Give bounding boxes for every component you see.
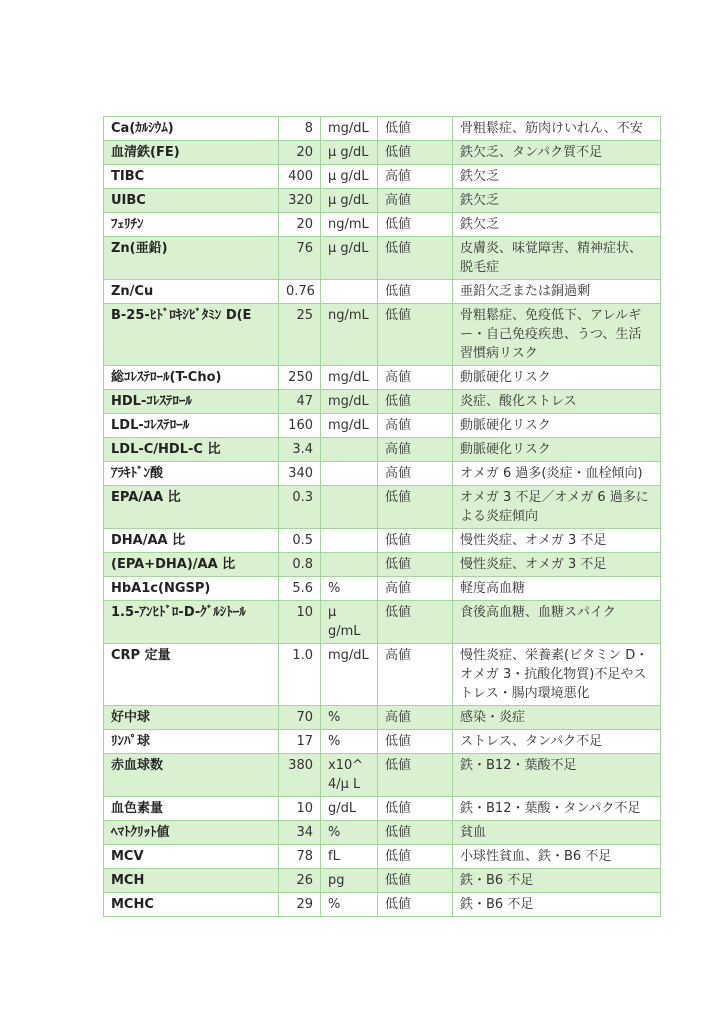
status-cell: 低値 xyxy=(378,486,453,529)
table-row: Zn/Cu0.76低値亜鉛欠乏または銅過剰 xyxy=(104,280,661,304)
status-cell: 低値 xyxy=(378,553,453,577)
test-name-cell: MCV xyxy=(104,845,279,869)
test-name-cell: HbA1c(NGSP) xyxy=(104,577,279,601)
status-cell: 低値 xyxy=(378,304,453,366)
test-name-cell: MCH xyxy=(104,869,279,893)
value-cell: 20 xyxy=(279,141,321,165)
status-cell: 高値 xyxy=(378,706,453,730)
comment-cell: 鉄・B12・葉酸不足 xyxy=(453,754,661,797)
test-name-cell: 総ｺﾚｽﾃﾛｰﾙ(T-Cho) xyxy=(104,366,279,390)
value-cell: 10 xyxy=(279,601,321,644)
table-row: MCH26pg低値鉄・B6 不足 xyxy=(104,869,661,893)
table-row: 総ｺﾚｽﾃﾛｰﾙ(T-Cho)250mg/dL高値動脈硬化リスク xyxy=(104,366,661,390)
unit-cell: pg xyxy=(321,869,378,893)
unit-cell: g/dL xyxy=(321,797,378,821)
value-cell: 10 xyxy=(279,797,321,821)
value-cell: 70 xyxy=(279,706,321,730)
unit-cell: fL xyxy=(321,845,378,869)
status-cell: 低値 xyxy=(378,390,453,414)
test-name-cell: DHA/AA 比 xyxy=(104,529,279,553)
lab-results-table-body: Ca(ｶﾙｼｳﾑ)8mg/dL低値骨粗鬆症、筋肉けいれん、不安血清鉄(FE)20… xyxy=(104,117,661,917)
lab-results-table-container: Ca(ｶﾙｼｳﾑ)8mg/dL低値骨粗鬆症、筋肉けいれん、不安血清鉄(FE)20… xyxy=(103,116,661,917)
test-name-cell: LDL-C/HDL-C 比 xyxy=(104,438,279,462)
test-name-cell: MCHC xyxy=(104,893,279,917)
value-cell: 3.4 xyxy=(279,438,321,462)
test-name-cell: CRP 定量 xyxy=(104,644,279,706)
status-cell: 低値 xyxy=(378,730,453,754)
status-cell: 低値 xyxy=(378,893,453,917)
value-cell: 0.5 xyxy=(279,529,321,553)
status-cell: 高値 xyxy=(378,189,453,213)
unit-cell: mg/dL xyxy=(321,414,378,438)
comment-cell: 皮膚炎、味覚障害、精神症状、脱毛症 xyxy=(453,237,661,280)
test-name-cell: 1.5-ｱﾝﾋﾄﾞﾛ-D-ｸﾞﾙｼﾄｰﾙ xyxy=(104,601,279,644)
test-name-cell: TIBC xyxy=(104,165,279,189)
value-cell: 20 xyxy=(279,213,321,237)
unit-cell: % xyxy=(321,821,378,845)
status-cell: 低値 xyxy=(378,601,453,644)
comment-cell: ストレス、タンパク不足 xyxy=(453,730,661,754)
comment-cell: 食後高血糖、血糖スパイク xyxy=(453,601,661,644)
unit-cell xyxy=(321,462,378,486)
table-row: HDL-ｺﾚｽﾃﾛｰﾙ47mg/dL低値炎症、酸化ストレス xyxy=(104,390,661,414)
status-cell: 高値 xyxy=(378,462,453,486)
comment-cell: 骨粗鬆症、筋肉けいれん、不安 xyxy=(453,117,661,141)
comment-cell: 軽度高血糖 xyxy=(453,577,661,601)
status-cell: 低値 xyxy=(378,529,453,553)
comment-cell: 動脈硬化リスク xyxy=(453,414,661,438)
table-row: 1.5-ｱﾝﾋﾄﾞﾛ-D-ｸﾞﾙｼﾄｰﾙ10μ g/mL低値食後高血糖、血糖スパ… xyxy=(104,601,661,644)
table-row: DHA/AA 比0.5低値慢性炎症、オメガ 3 不足 xyxy=(104,529,661,553)
status-cell: 高値 xyxy=(378,438,453,462)
comment-cell: 骨粗鬆症、免疫低下、アレルギー・自己免疫疾患、うつ、生活習慣病リスク xyxy=(453,304,661,366)
status-cell: 低値 xyxy=(378,237,453,280)
test-name-cell: HDL-ｺﾚｽﾃﾛｰﾙ xyxy=(104,390,279,414)
value-cell: 0.8 xyxy=(279,553,321,577)
value-cell: 340 xyxy=(279,462,321,486)
comment-cell: 貧血 xyxy=(453,821,661,845)
test-name-cell: B-25-ﾋﾄﾞﾛｷｼﾋﾞﾀﾐﾝ D(E xyxy=(104,304,279,366)
comment-cell: 鉄・B6 不足 xyxy=(453,869,661,893)
value-cell: 320 xyxy=(279,189,321,213)
comment-cell: 鉄欠乏 xyxy=(453,165,661,189)
value-cell: 47 xyxy=(279,390,321,414)
table-row: LDL-ｺﾚｽﾃﾛｰﾙ160mg/dL高値動脈硬化リスク xyxy=(104,414,661,438)
table-row: 血清鉄(FE)20μ g/dL低値鉄欠乏、タンパク質不足 xyxy=(104,141,661,165)
status-cell: 高値 xyxy=(378,165,453,189)
comment-cell: 亜鉛欠乏または銅過剰 xyxy=(453,280,661,304)
comment-cell: 鉄・B6 不足 xyxy=(453,893,661,917)
test-name-cell: LDL-ｺﾚｽﾃﾛｰﾙ xyxy=(104,414,279,438)
test-name-cell: 血清鉄(FE) xyxy=(104,141,279,165)
unit-cell: ng/mL xyxy=(321,213,378,237)
table-row: 血色素量10g/dL低値鉄・B12・葉酸・タンパク不足 xyxy=(104,797,661,821)
unit-cell: mg/dL xyxy=(321,117,378,141)
comment-cell: 感染・炎症 xyxy=(453,706,661,730)
status-cell: 低値 xyxy=(378,869,453,893)
test-name-cell: EPA/AA 比 xyxy=(104,486,279,529)
comment-cell: 炎症、酸化ストレス xyxy=(453,390,661,414)
unit-cell: % xyxy=(321,730,378,754)
comment-cell: 慢性炎症、オメガ 3 不足 xyxy=(453,529,661,553)
table-row: Ca(ｶﾙｼｳﾑ)8mg/dL低値骨粗鬆症、筋肉けいれん、不安 xyxy=(104,117,661,141)
unit-cell: μ g/dL xyxy=(321,141,378,165)
value-cell: 380 xyxy=(279,754,321,797)
table-row: ﾘﾝﾊﾟ球17%低値ストレス、タンパク不足 xyxy=(104,730,661,754)
value-cell: 78 xyxy=(279,845,321,869)
value-cell: 34 xyxy=(279,821,321,845)
lab-results-table: Ca(ｶﾙｼｳﾑ)8mg/dL低値骨粗鬆症、筋肉けいれん、不安血清鉄(FE)20… xyxy=(103,116,661,917)
status-cell: 低値 xyxy=(378,797,453,821)
table-row: ｱﾗｷﾄﾞﾝ酸340高値オメガ 6 過多(炎症・血栓傾向) xyxy=(104,462,661,486)
test-name-cell: 血色素量 xyxy=(104,797,279,821)
unit-cell: x10^4/μ L xyxy=(321,754,378,797)
comment-cell: 慢性炎症、栄養素(ビタミン D・オメガ 3・抗酸化物質)不足やストレス・腸内環境… xyxy=(453,644,661,706)
value-cell: 160 xyxy=(279,414,321,438)
status-cell: 低値 xyxy=(378,754,453,797)
table-row: 好中球70%高値感染・炎症 xyxy=(104,706,661,730)
value-cell: 250 xyxy=(279,366,321,390)
test-name-cell: ﾘﾝﾊﾟ球 xyxy=(104,730,279,754)
value-cell: 26 xyxy=(279,869,321,893)
table-row: UIBC320μ g/dL高値鉄欠乏 xyxy=(104,189,661,213)
comment-cell: 鉄・B12・葉酸・タンパク不足 xyxy=(453,797,661,821)
status-cell: 低値 xyxy=(378,117,453,141)
comment-cell: 鉄欠乏 xyxy=(453,189,661,213)
comment-cell: 慢性炎症、オメガ 3 不足 xyxy=(453,553,661,577)
unit-cell xyxy=(321,486,378,529)
unit-cell: % xyxy=(321,577,378,601)
value-cell: 0.76 xyxy=(279,280,321,304)
comment-cell: 動脈硬化リスク xyxy=(453,366,661,390)
status-cell: 低値 xyxy=(378,845,453,869)
test-name-cell: (EPA+DHA)/AA 比 xyxy=(104,553,279,577)
table-row: EPA/AA 比0.3低値オメガ 3 不足／オメガ 6 過多による炎症傾向 xyxy=(104,486,661,529)
status-cell: 低値 xyxy=(378,821,453,845)
test-name-cell: Zn(亜鉛) xyxy=(104,237,279,280)
value-cell: 400 xyxy=(279,165,321,189)
table-row: B-25-ﾋﾄﾞﾛｷｼﾋﾞﾀﾐﾝ D(E25ng/mL低値骨粗鬆症、免疫低下、ア… xyxy=(104,304,661,366)
comment-cell: 動脈硬化リスク xyxy=(453,438,661,462)
unit-cell: % xyxy=(321,706,378,730)
unit-cell xyxy=(321,529,378,553)
test-name-cell: Zn/Cu xyxy=(104,280,279,304)
unit-cell: mg/dL xyxy=(321,644,378,706)
table-row: MCHC29%低値鉄・B6 不足 xyxy=(104,893,661,917)
value-cell: 8 xyxy=(279,117,321,141)
status-cell: 低値 xyxy=(378,280,453,304)
test-name-cell: ﾌｪﾘﾁﾝ xyxy=(104,213,279,237)
test-name-cell: ｱﾗｷﾄﾞﾝ酸 xyxy=(104,462,279,486)
table-row: CRP 定量1.0mg/dL高値慢性炎症、栄養素(ビタミン D・オメガ 3・抗酸… xyxy=(104,644,661,706)
comment-cell: 鉄欠乏 xyxy=(453,213,661,237)
table-row: HbA1c(NGSP)5.6%高値軽度高血糖 xyxy=(104,577,661,601)
value-cell: 5.6 xyxy=(279,577,321,601)
comment-cell: 鉄欠乏、タンパク質不足 xyxy=(453,141,661,165)
unit-cell: % xyxy=(321,893,378,917)
unit-cell: μ g/dL xyxy=(321,189,378,213)
unit-cell xyxy=(321,553,378,577)
table-row: LDL-C/HDL-C 比3.4高値動脈硬化リスク xyxy=(104,438,661,462)
status-cell: 高値 xyxy=(378,414,453,438)
value-cell: 76 xyxy=(279,237,321,280)
table-row: MCV78fL低値小球性貧血、鉄・B6 不足 xyxy=(104,845,661,869)
table-row: TIBC400μ g/dL高値鉄欠乏 xyxy=(104,165,661,189)
unit-cell: ng/mL xyxy=(321,304,378,366)
value-cell: 25 xyxy=(279,304,321,366)
table-row: Zn(亜鉛)76μ g/dL低値皮膚炎、味覚障害、精神症状、脱毛症 xyxy=(104,237,661,280)
status-cell: 低値 xyxy=(378,141,453,165)
status-cell: 高値 xyxy=(378,577,453,601)
document-page: Ca(ｶﾙｼｳﾑ)8mg/dL低値骨粗鬆症、筋肉けいれん、不安血清鉄(FE)20… xyxy=(0,0,724,1024)
table-row: ﾌｪﾘﾁﾝ20ng/mL低値鉄欠乏 xyxy=(104,213,661,237)
value-cell: 1.0 xyxy=(279,644,321,706)
value-cell: 0.3 xyxy=(279,486,321,529)
test-name-cell: Ca(ｶﾙｼｳﾑ) xyxy=(104,117,279,141)
value-cell: 29 xyxy=(279,893,321,917)
status-cell: 高値 xyxy=(378,644,453,706)
comment-cell: オメガ 6 過多(炎症・血栓傾向) xyxy=(453,462,661,486)
table-row: (EPA+DHA)/AA 比0.8低値慢性炎症、オメガ 3 不足 xyxy=(104,553,661,577)
unit-cell xyxy=(321,280,378,304)
unit-cell: μ g/mL xyxy=(321,601,378,644)
table-row: 赤血球数380x10^4/μ L低値鉄・B12・葉酸不足 xyxy=(104,754,661,797)
table-row: ﾍﾏﾄｸﾘｯﾄ値34%低値貧血 xyxy=(104,821,661,845)
test-name-cell: UIBC xyxy=(104,189,279,213)
comment-cell: 小球性貧血、鉄・B6 不足 xyxy=(453,845,661,869)
test-name-cell: 赤血球数 xyxy=(104,754,279,797)
unit-cell: μ g/dL xyxy=(321,237,378,280)
unit-cell: mg/dL xyxy=(321,390,378,414)
unit-cell xyxy=(321,438,378,462)
status-cell: 高値 xyxy=(378,366,453,390)
unit-cell: mg/dL xyxy=(321,366,378,390)
test-name-cell: ﾍﾏﾄｸﾘｯﾄ値 xyxy=(104,821,279,845)
status-cell: 低値 xyxy=(378,213,453,237)
comment-cell: オメガ 3 不足／オメガ 6 過多による炎症傾向 xyxy=(453,486,661,529)
value-cell: 17 xyxy=(279,730,321,754)
unit-cell: μ g/dL xyxy=(321,165,378,189)
test-name-cell: 好中球 xyxy=(104,706,279,730)
